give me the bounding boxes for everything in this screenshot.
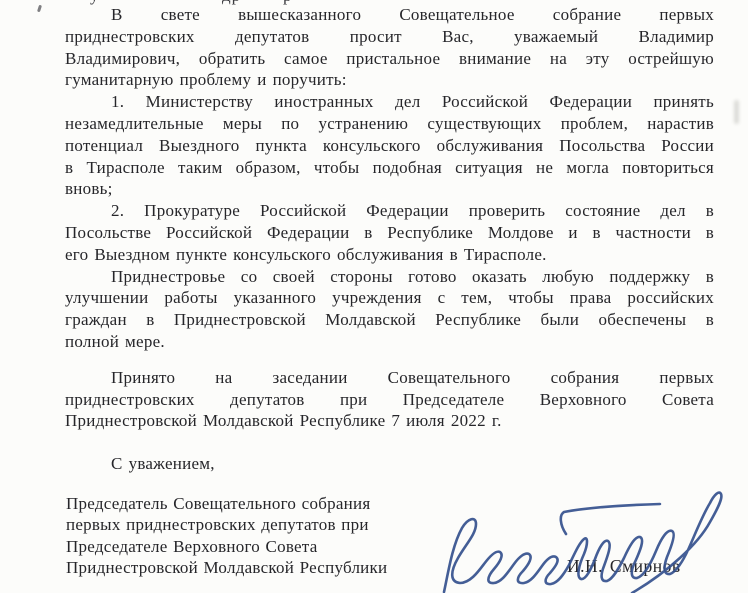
letter-line: в Тирасполе таким образом, чтобы подобна… [65, 157, 714, 179]
scan-artifact-smudge [734, 100, 739, 124]
letter-line: Приднестровье со своей стороны готово ок… [65, 266, 714, 288]
signoff-line: Приднестровской Молдавской Республики [66, 557, 387, 578]
signoff-line: Председателе Верховного Совета [66, 536, 387, 557]
letter-line: Принято на заседании Совещательного собр… [65, 367, 714, 389]
signatory-name: И.Н. Смирнов [567, 556, 681, 577]
signatory-title-block: Председатель Совещательного собранияперв… [66, 493, 387, 579]
letter-line: 2. Прокуратуре Российской Федерации пров… [65, 200, 714, 222]
letter-line: гуманитарную проблему и поручить: [65, 69, 714, 91]
letter-line: вновь; [65, 178, 714, 200]
signature-main-stroke [444, 493, 721, 593]
letter-line: Владимирович, обратить самое пристальное… [65, 48, 714, 70]
signoff-line: Председатель Совещательного собрания [66, 493, 387, 514]
letter-line: Приднестровской Молдавской Республике 7 … [65, 410, 714, 432]
letter-body: В свете вышесказанного Совещательное соб… [65, 4, 714, 475]
letter-line: улучшении работы указанного учреждения с… [65, 287, 714, 309]
letter-line: потенциал Выездного пункта консульского … [65, 135, 714, 157]
letter-line: 1. Министерству иностранных дел Российск… [65, 91, 714, 113]
scan-artifact-speck [37, 5, 42, 13]
signature-crossbar-stroke [561, 504, 660, 534]
signoff-line: первых приднестровских депутатов при [66, 514, 387, 535]
letter-line: Посольстве Российской Федерации в Респуб… [65, 222, 714, 244]
letter-line: его Выездном пункте консульского обслужи… [65, 244, 714, 266]
letter-line: приднестровских депутатов при Председате… [65, 389, 714, 411]
scanned-letter-page: удрр В свете вышесказанного Совещательно… [0, 0, 748, 593]
letter-line: В свете вышесказанного Совещательное соб… [65, 4, 714, 26]
letter-line: С уважением, [65, 453, 714, 475]
letter-line: незамедлительные меры по устранению суще… [65, 113, 714, 135]
letter-line: граждан в Приднестровской Молдавской Рес… [65, 309, 714, 331]
letter-line: полной мере. [65, 331, 714, 353]
letter-line: приднестровских депутатов просит Вас, ув… [65, 26, 714, 48]
